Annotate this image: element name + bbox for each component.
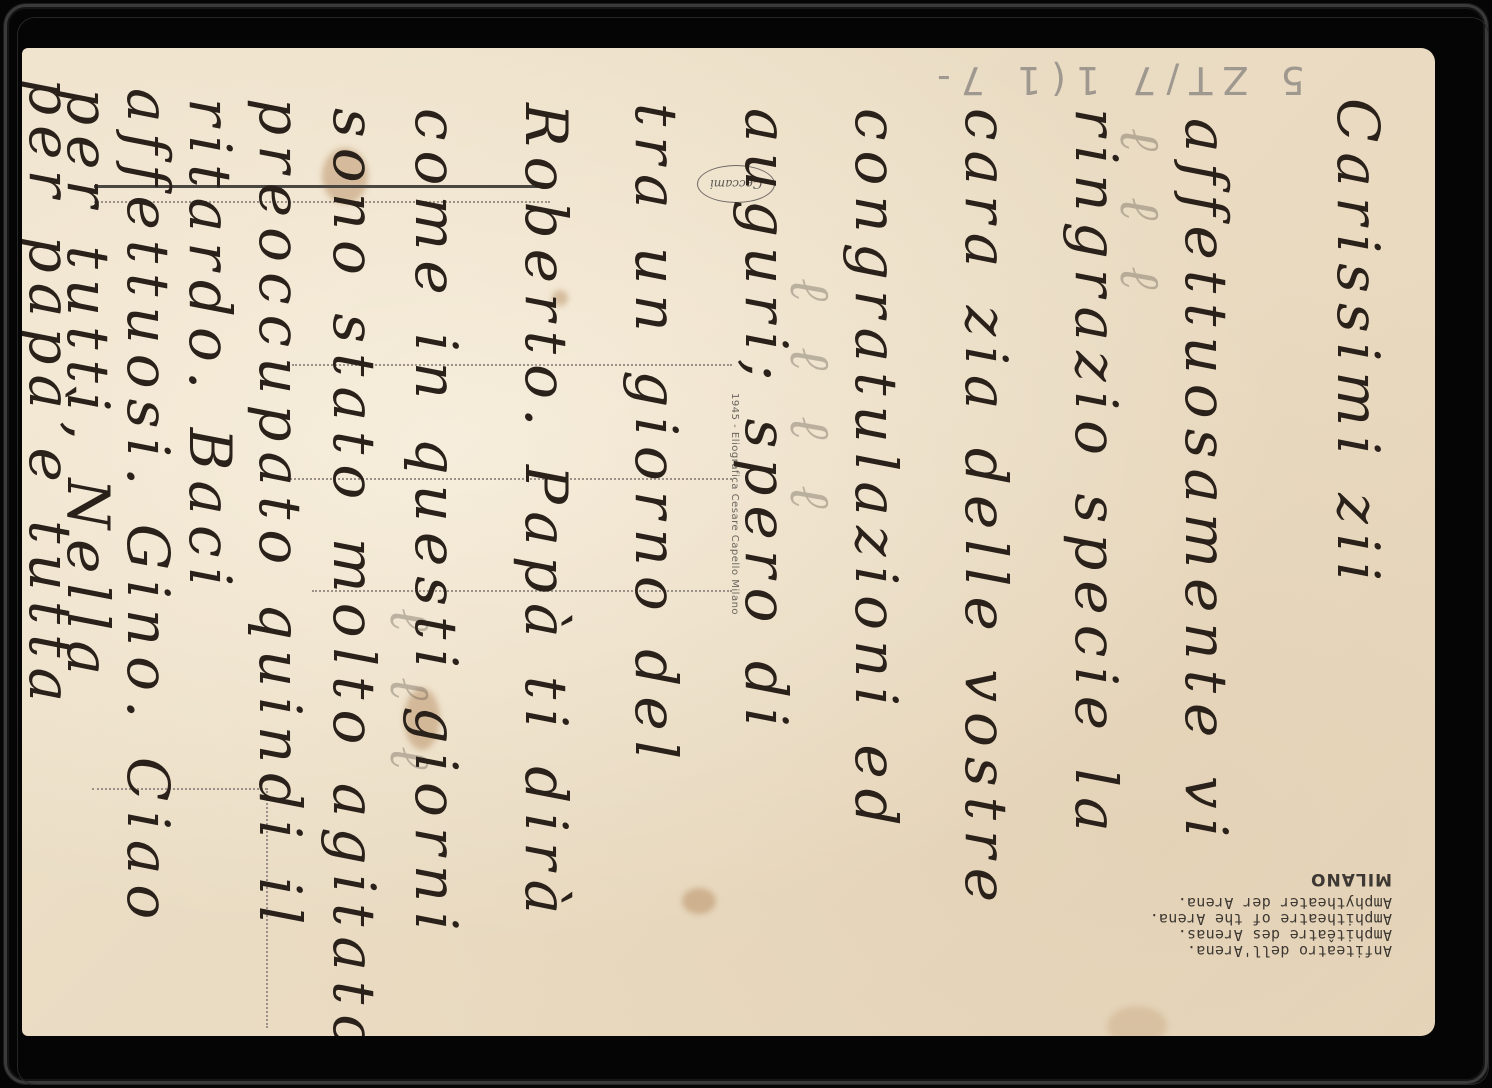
handwriting-line: sono stato molto agitato [320, 108, 388, 1036]
caption-line: Amphytheater der Arena. [1062, 895, 1392, 911]
stain [682, 888, 716, 914]
handwriting-line: Carissimi zii [1324, 98, 1392, 591]
handwriting-line: ringrazio specie la [1062, 108, 1130, 842]
handwriting-line: tra un giorno del [622, 103, 690, 769]
caption-line: Anfiteatro dell'Arena. [1062, 943, 1392, 959]
handwriting-line: come in questi giorni [402, 108, 470, 941]
handwriting-line: auguri; spero di [732, 108, 800, 737]
handwriting-line: Roberto. Papà ti dirà [512, 103, 580, 924]
handwriting-line: affettuosamente vi [1172, 118, 1240, 847]
handwriting-line: ritardo. Baci [176, 98, 244, 596]
handwriting-line: preoccupato quindi il [246, 98, 314, 934]
caption-line: Amphitheatre of the Arena. [1062, 911, 1392, 927]
handwriting-line: cara zia delle vostre [952, 108, 1020, 912]
printed-caption: Anfiteatro dell'Arena. Amphitêatre des A… [1062, 871, 1392, 959]
handwriting-line: congratulazioni ed [842, 108, 910, 836]
caption-title: MILANO [1062, 871, 1392, 887]
handwriting-line: per papà e tutta [22, 78, 84, 712]
caption-line: Amphitêatre des Arenas. [1062, 927, 1392, 943]
stain [1107, 1006, 1167, 1036]
postcard: 5 ZT/7 1(1 7- Ceccami 1945 - Eliografica… [22, 48, 1435, 1036]
handwriting-line: affettuosi. Gino. Ciao [114, 88, 182, 929]
pencil-note: 5 ZT/7 1(1 7- [927, 58, 1305, 102]
